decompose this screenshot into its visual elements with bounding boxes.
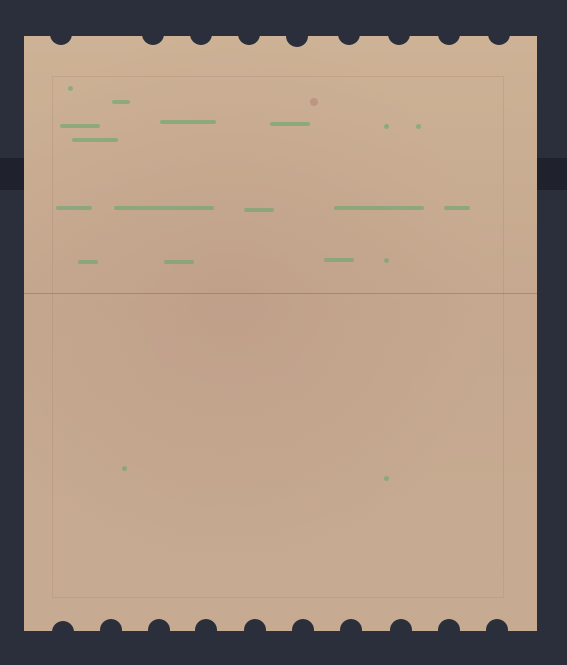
perforation-bottom (438, 619, 460, 641)
stamp-back (24, 36, 537, 631)
offset-ink-mark (444, 206, 470, 210)
offset-ink-mark (68, 86, 73, 91)
offset-ink-mark (78, 260, 98, 264)
offset-ink-mark (334, 206, 424, 210)
perforation-top (238, 23, 260, 45)
perforation-bottom (390, 619, 412, 641)
perforation-bottom (100, 619, 122, 641)
perforation-bottom (52, 621, 74, 643)
perforation-bottom (244, 619, 266, 641)
offset-ink-mark (270, 122, 310, 126)
perforation-top (190, 23, 212, 45)
offset-ink-mark (384, 258, 389, 263)
perforation-top (142, 23, 164, 45)
offset-ink-mark (324, 258, 354, 262)
perforation-top (50, 23, 72, 45)
offset-ink-mark (56, 206, 92, 210)
faint-frame-impression (52, 76, 504, 598)
offset-ink-mark (114, 206, 214, 210)
offset-ink-mark (384, 476, 389, 481)
offset-ink-mark (244, 208, 274, 212)
offset-ink-mark (164, 260, 194, 264)
perforation-top (488, 23, 510, 45)
offset-ink-mark (72, 138, 118, 142)
offset-ink-mark (384, 124, 389, 129)
horizontal-crease (24, 293, 537, 294)
offset-ink-mark (416, 124, 421, 129)
perforation-bottom (195, 619, 217, 641)
perforation-bottom (148, 619, 170, 641)
perforation-bottom (292, 619, 314, 641)
offset-ink-mark (160, 120, 216, 124)
perforation-top (438, 23, 460, 45)
paper-stain (310, 98, 318, 106)
perforation-top (286, 25, 308, 47)
perforation-top (388, 23, 410, 45)
perforation-bottom (340, 619, 362, 641)
offset-ink-mark (122, 466, 127, 471)
perforation-bottom (486, 619, 508, 641)
offset-ink-mark (60, 124, 100, 128)
offset-ink-mark (112, 100, 130, 104)
perforation-top (338, 23, 360, 45)
